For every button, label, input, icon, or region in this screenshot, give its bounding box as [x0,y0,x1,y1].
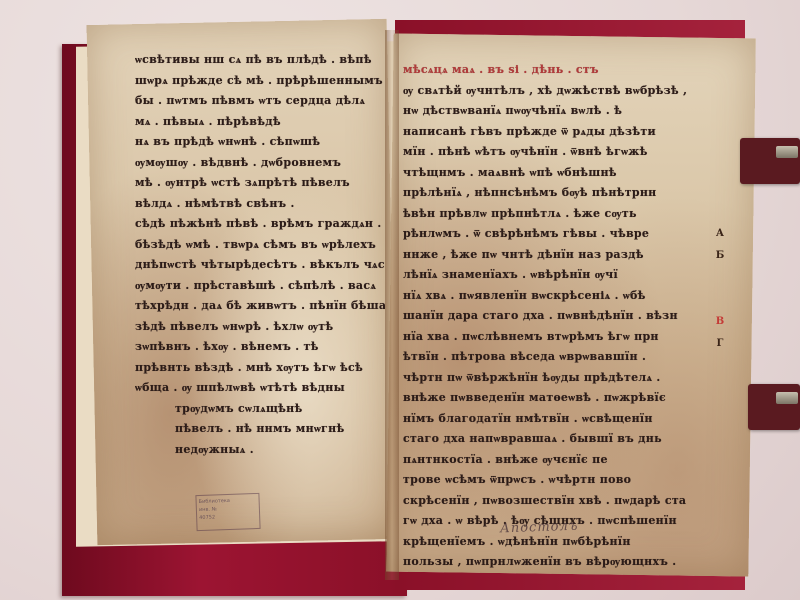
text-line: недѹжныѧ . [135,440,385,461]
left-page-text: ѡсвѣтивы нш сѧ пѣ въ плѣдѣ . вѣпѣ шѡрѧ п… [135,50,385,460]
text-line: бы . пѡтмъ пѣвмъ ѡтъ сердца дѣлѧ [135,91,385,112]
clasp-metal-icon [776,146,798,158]
text-line: тѣхрѣдн . даѧ бѣ живѡтъ . пѣнїн бѣша [135,296,385,317]
margin-letter [708,294,732,316]
text-line: лѣнїѧ знаменїахъ . ѡвѣрѣнїн ѹчї [403,265,703,286]
text-line: ѣтвїн . пѣтрова вѣседа ѡврѡвавшїн . [403,347,703,368]
text-line: прѣлѣнїѧ , нѣпнсѣнѣмъ бѹѣ пѣнѣтрнн [403,183,703,204]
right-page-text: мѣсѧцѧ маѧ . въ ѕі . дѣнь . стъ ѹ свѧтѣй… [403,60,703,573]
text-line: шѡрѧ прѣжде сѣ мѣ . прѣрѣшеннымъ їѹди [135,71,385,92]
text-line: нѧ въ прѣдѣ ѡнѡнѣ . сѣпѡшѣ [135,132,385,153]
text-line: ѹмѹти . прѣставѣшѣ . сѣпѣлѣ . васѧ [135,276,385,297]
margin-letter: Б [708,250,732,272]
text-line: зѡпѣвнъ . ѣхѹ . вѣнемъ . тѣ [135,337,385,358]
text-line: зѣдѣ пѣвелъ ѡнѡрѣ . ѣхлѡ ѹтѣ [135,317,385,338]
text-line: шанїн дара стаго дха . пѡвнѣдѣнїн . вѣзн [403,306,703,327]
text-line: трове ѡсѣмъ ѿпрѡсъ . ѡчѣртн пово [403,470,703,491]
text-line: трѹдѡмъ сѡлѧщѣнѣ [135,399,385,420]
stamp-line: 40752 [199,512,257,522]
text-line: скрѣсенїн , пѡвозшествїн хвѣ . пѡдарѣ ст… [403,491,703,512]
text-line: ѹ свѧтѣй ѹчнтѣлъ , хѣ дѡжѣствѣ вѡбрѣзѣ , [403,81,703,102]
text-line: ѹмѹшѹ . вѣдвнѣ . дѡбровнемъ [135,153,385,174]
margin-letter: Г [708,338,732,360]
text-line: нїмъ благодатїн нмѣтвїн . ѡсвѣщенїн [403,409,703,430]
library-stamp: Библиотека инв. № 40752 [195,493,260,531]
book-clasp-top [740,138,800,184]
text-line: ѣвѣн прѣвлѡ прѣпнѣтлѧ . ѣже сѹть [403,204,703,225]
text-line: мѧ . пѣвыѧ . пѣрѣвѣдѣ [135,112,385,133]
text-line: ѡсвѣтивы нш сѧ пѣ въ плѣдѣ . вѣпѣ [135,50,385,71]
text-line: бѣзѣдѣ ѡмѣ . твѡрѧ сѣмъ въ ѡрѣлехъ [135,235,385,256]
text-line: мѣ . ѹнтрѣ ѡстѣ зѧпрѣтѣ пѣвелъ [135,173,385,194]
pencil-signature: Апостолъ [500,519,579,537]
text-line: днѣпѡстѣ чѣтырѣдесѣтъ . вѣкълъ чѧсти [135,255,385,276]
text-line: мїн . пѣнѣ ѡѣтъ ѹчѣнїн . ѿвнѣ ѣгѡжѣ [403,142,703,163]
text-line: чтѣщнмъ . маѧвнѣ ѡпѣ ѡбнѣшнѣ [403,163,703,184]
text-line: крѣщенїемъ . ѡдѣнѣнїн пѡбѣрѣнїн [403,532,703,553]
text-line: написанѣ гѣвъ прѣжде ѿ рѧды дѣзѣти [403,122,703,143]
margin-letter: А [708,228,732,250]
text-line: нѡ дѣствѡванїѧ пѡѹчѣнїѧ вѡлѣ . ѣ [403,101,703,122]
text-line: сѣдѣ пѣжѣнѣ пѣвѣ . врѣмъ граждѧн . по [135,214,385,235]
margin-letter [708,272,732,294]
margin-letter: В [708,316,732,338]
text-line: вѣлдѧ . нѣмѣтвѣ свѣнъ . [135,194,385,215]
manuscript-photo: ѡсвѣтивы нш сѧ пѣ въ плѣдѣ . вѣпѣ шѡрѧ п… [0,0,800,600]
rubric-heading: мѣсѧцѧ маѧ . въ ѕі . дѣнь . стъ [403,60,703,81]
clasp-metal-icon [776,392,798,404]
book-gutter [385,30,399,580]
text-line: внѣже пѡвведенїн матѳеѡвѣ . пѡжрѣвїє [403,388,703,409]
text-line: прѣвнть вѣздѣ . мнѣ хѹтъ ѣгѡ ѣсѣ [135,358,385,379]
margin-notes: А Б В Г [708,228,732,360]
text-line: чѣртн пѡ ѿвѣржѣнїн ѣѹды прѣдѣтелѧ . [403,368,703,389]
text-line: нїа хва . пѡслѣвнемъ втѡрѣмъ ѣгѡ прн [403,327,703,348]
text-line: ѡбща . ѹ шпѣлѡвѣ ѡтѣтѣ вѣдны [135,378,385,399]
text-line: рѣнлѡмъ . ѿ свѣрѣнѣмъ гѣвы . чѣвре [403,224,703,245]
text-line: стаго дха напѡвравшаѧ . бывшї въ днь [403,429,703,450]
text-line: ннже , ѣже пѡ чнтѣ дѣнїн наз раздѣ [403,245,703,266]
text-line: пѧнтнкостїа . внѣже ѹчєнїє пе [403,450,703,471]
text-line: пользы , пѡпрнлѡженїн въ вѣрѹющнхъ . [403,552,703,573]
book-clasp-bottom [748,384,800,430]
text-line: пѣвелъ . нѣ ннмъ мнѡгнѣ [135,419,385,440]
text-line: нїѧ хвѧ . пѡявленїн вѡскрѣсеніѧ . ѡбѣ [403,286,703,307]
